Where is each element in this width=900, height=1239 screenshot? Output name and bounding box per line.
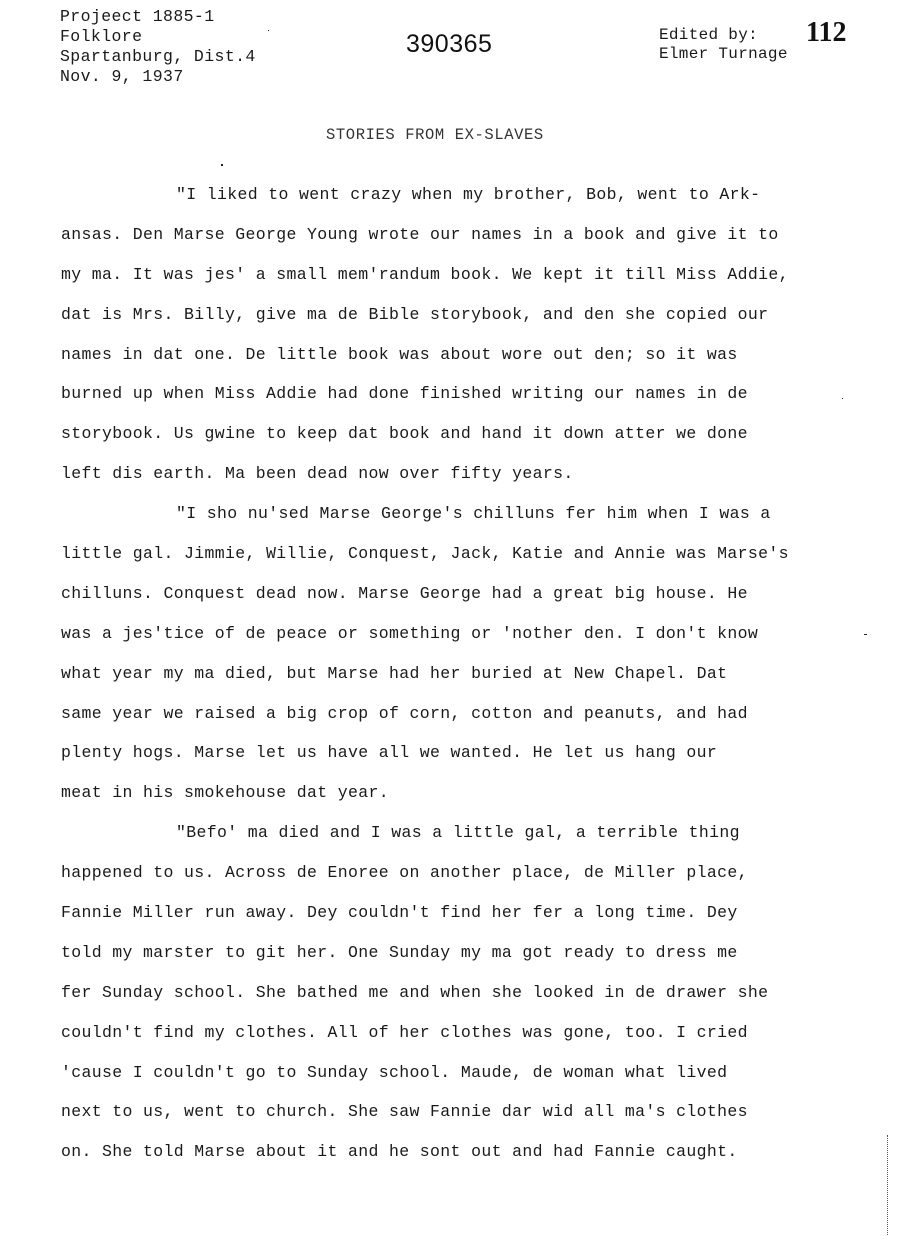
narrative-body: "I liked to went crazy when my brother, …	[61, 184, 891, 1181]
paragraph-1-line: storybook. Us gwine to keep dat book and…	[61, 423, 891, 463]
paragraph-2-line: was a jes'tice of de peace or something …	[61, 623, 891, 663]
project-location: Spartanburg, Dist.4	[60, 47, 256, 67]
paragraph-1-line: my ma. It was jes' a small mem'randum bo…	[61, 264, 891, 304]
paragraph-2-line: "I sho nu'sed Marse George's chilluns fe…	[61, 503, 891, 543]
project-number: Projeect 1885-1	[60, 7, 256, 27]
paragraph-1-line: "I liked to went crazy when my brother, …	[61, 184, 891, 224]
paragraph-3-line: told my marster to git her. One Sunday m…	[61, 942, 891, 982]
paragraph-3-line: 'cause I couldn't go to Sunday school. M…	[61, 1062, 891, 1102]
paragraph-1-line: left dis earth. Ma been dead now over fi…	[61, 463, 891, 503]
paragraph-2-line: chilluns. Conquest dead now. Marse Georg…	[61, 583, 891, 623]
paragraph-2-line: meat in his smokehouse dat year.	[61, 782, 891, 822]
edited-by-label: Edited by:	[659, 26, 788, 45]
scan-speck	[864, 634, 867, 635]
paragraph-3-line: Fannie Miller run away. Dey couldn't fin…	[61, 902, 891, 942]
paragraph-1-line: burned up when Miss Addie had done finis…	[61, 383, 891, 423]
scan-speck	[268, 30, 269, 31]
paragraph-2-line: little gal. Jimmie, Willie, Conquest, Ja…	[61, 543, 891, 583]
document-stamp-number: 390365	[406, 30, 492, 59]
paragraph-3-line: fer Sunday school. She bathed me and whe…	[61, 982, 891, 1022]
scan-speck	[221, 164, 223, 166]
project-date: Nov. 9, 1937	[60, 67, 256, 87]
paragraph-3-line: next to us, went to church. She saw Fann…	[61, 1101, 891, 1141]
editor-block: Edited by: Elmer Turnage	[659, 26, 788, 64]
page-number: 112	[806, 17, 846, 49]
project-category: Folklore	[60, 27, 256, 47]
project-info-block: Projeect 1885-1 Folklore Spartanburg, Di…	[60, 7, 256, 87]
paragraph-1-line: dat is Mrs. Billy, give ma de Bible stor…	[61, 304, 891, 344]
paragraph-1-line: names in dat one. De little book was abo…	[61, 344, 891, 384]
paragraph-3-line: on. She told Marse about it and he sont …	[61, 1141, 891, 1181]
document-title: STORIES FROM EX-SLAVES	[326, 126, 544, 144]
paragraph-2-line: plenty hogs. Marse let us have all we wa…	[61, 742, 891, 782]
paragraph-3-line: happened to us. Across de Enoree on anot…	[61, 862, 891, 902]
paragraph-2-line: what year my ma died, but Marse had her …	[61, 663, 891, 703]
editor-name: Elmer Turnage	[659, 45, 788, 64]
document-page: Projeect 1885-1 Folklore Spartanburg, Di…	[0, 0, 900, 1239]
paragraph-1-line: ansas. Den Marse George Young wrote our …	[61, 224, 891, 264]
paragraph-3-line: couldn't find my clothes. All of her clo…	[61, 1022, 891, 1062]
paragraph-3-line: "Befo' ma died and I was a little gal, a…	[61, 822, 891, 862]
paragraph-2-line: same year we raised a big crop of corn, …	[61, 703, 891, 743]
scan-margin-artifact	[887, 1135, 889, 1235]
scan-speck	[842, 398, 843, 399]
